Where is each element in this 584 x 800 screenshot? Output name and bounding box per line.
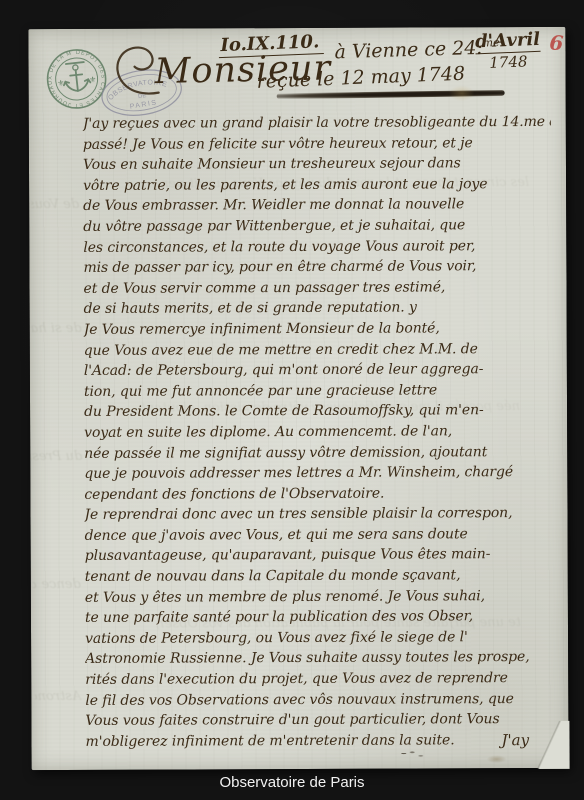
bleed-through-text: de si hauts merits, et de si grande repu… [32, 321, 82, 336]
manuscript-line: Astronomie Russienne. Je Vous suhaite au… [85, 647, 553, 670]
manuscript-line: cependant des fonctions de l'Observatoir… [84, 483, 552, 506]
manuscript-line: plusavantageuse, qu'auparavant, puisque … [85, 544, 553, 567]
fleur-de-lis-icon: ⚜ [57, 78, 65, 88]
manuscript-line: Je Vous remercye infiniment Monsieur de … [84, 318, 552, 341]
red-foliation-mark: 6 [549, 30, 564, 55]
month-year: d'Avril 1748 [475, 29, 542, 73]
manuscript-line: Vous en suhaite Monsieur un tresheureux … [83, 153, 551, 176]
image-caption: Observatoire de Paris [0, 774, 584, 791]
manuscript-line: et de Vous servir comme a un passager tr… [83, 277, 551, 300]
bleed-through-text: de Vous embrasser. Mr. Weidler me donnat… [31, 197, 79, 212]
manuscript-line: née passée il me signifiat aussy vôtre d… [84, 441, 552, 464]
manuscript-line: tenant de nouvau dans la Capitale du mon… [85, 565, 553, 588]
manuscript-line: que Vous avez eue de me mettre en credit… [84, 338, 552, 361]
manuscript-line: le fil des vos Observations avec vôs nou… [85, 689, 553, 712]
catchword: J'ay [501, 731, 529, 749]
manuscript-line: de Vous embrasser. Mr. Weidler me donnat… [83, 194, 551, 217]
bleed-through-text: Astronomie Russienne. Je Vous suhaite au… [35, 689, 81, 704]
manuscript-line: m'obligerez infiniment de m'entretenir d… [85, 730, 553, 753]
manuscript-line: vations de Petersbourg, ou Vous avez fix… [85, 627, 553, 650]
manuscript-line: de si hauts merits, et de si grande repu… [84, 297, 552, 320]
anchor-icon [62, 62, 91, 93]
bleed-through-text: du President Mons. le Comte de Rasoumoff… [30, 449, 82, 464]
year: 1748 [476, 52, 542, 73]
manuscript-line: les circonstances, et la route du voyage… [83, 235, 551, 258]
manuscript-line: voyat en suite les diplome. Au commencem… [84, 421, 552, 444]
manuscript-line: vôtre patrie, ou les parents, et les ami… [83, 174, 551, 197]
manuscript-line: J'ay reçues avec un grand plaisir la vot… [83, 112, 551, 135]
paper-stain [487, 755, 507, 763]
bleed-through-text: dence que j'avois avec Vous, et qui me s… [33, 577, 81, 592]
manuscript-line: passé! Je Vous en felicite sur vôtre heu… [83, 132, 551, 155]
manuscript-line: du President Mons. le Comte de Rasoumoff… [84, 400, 552, 423]
manuscript-line: et Vous y êtes un membre de plus renomé.… [85, 586, 553, 609]
month-underlined: d'Avril [475, 29, 541, 55]
manuscript-line: Vous vous faites construire d'un gout pa… [85, 709, 553, 732]
manuscript-line: du vôtre passage par Wittenbergue, et je… [83, 215, 551, 238]
manuscript-line: Je reprendrai donc avec un tres sensible… [84, 503, 552, 526]
letter-body: J'ay reçues avec un grand plaisir la vot… [83, 112, 554, 752]
manuscript-line: dence que j'avois avec Vous, et qui me s… [85, 524, 553, 547]
ink-smudge-line [277, 90, 505, 99]
corner-fold [531, 721, 569, 769]
manuscript-line: rités dans l'execution du projet, que Vo… [85, 668, 553, 691]
place-date-text: à Vienne ce 24: [334, 37, 483, 64]
stamp-text-paris: PARIS [129, 99, 158, 110]
manuscript-line: tion, qui me fut annoncée par une gracie… [84, 380, 552, 403]
manuscript-line: mis de passer par icy, pour en être char… [83, 256, 551, 279]
manuscript-page: DEPOT DES CARTES ET JOURNAUX DE LA MARIN… [28, 27, 568, 770]
manuscript-line: l'Acad: de Petersbourg, qui m'ont onoré … [84, 359, 552, 382]
manuscript-line: que je pouvois addresser mes lettres a M… [84, 462, 552, 485]
photo-background: DEPOT DES CARTES ET JOURNAUX DE LA MARIN… [0, 0, 584, 800]
manuscript-line: te une parfaite santé pour la publicatio… [85, 606, 553, 629]
